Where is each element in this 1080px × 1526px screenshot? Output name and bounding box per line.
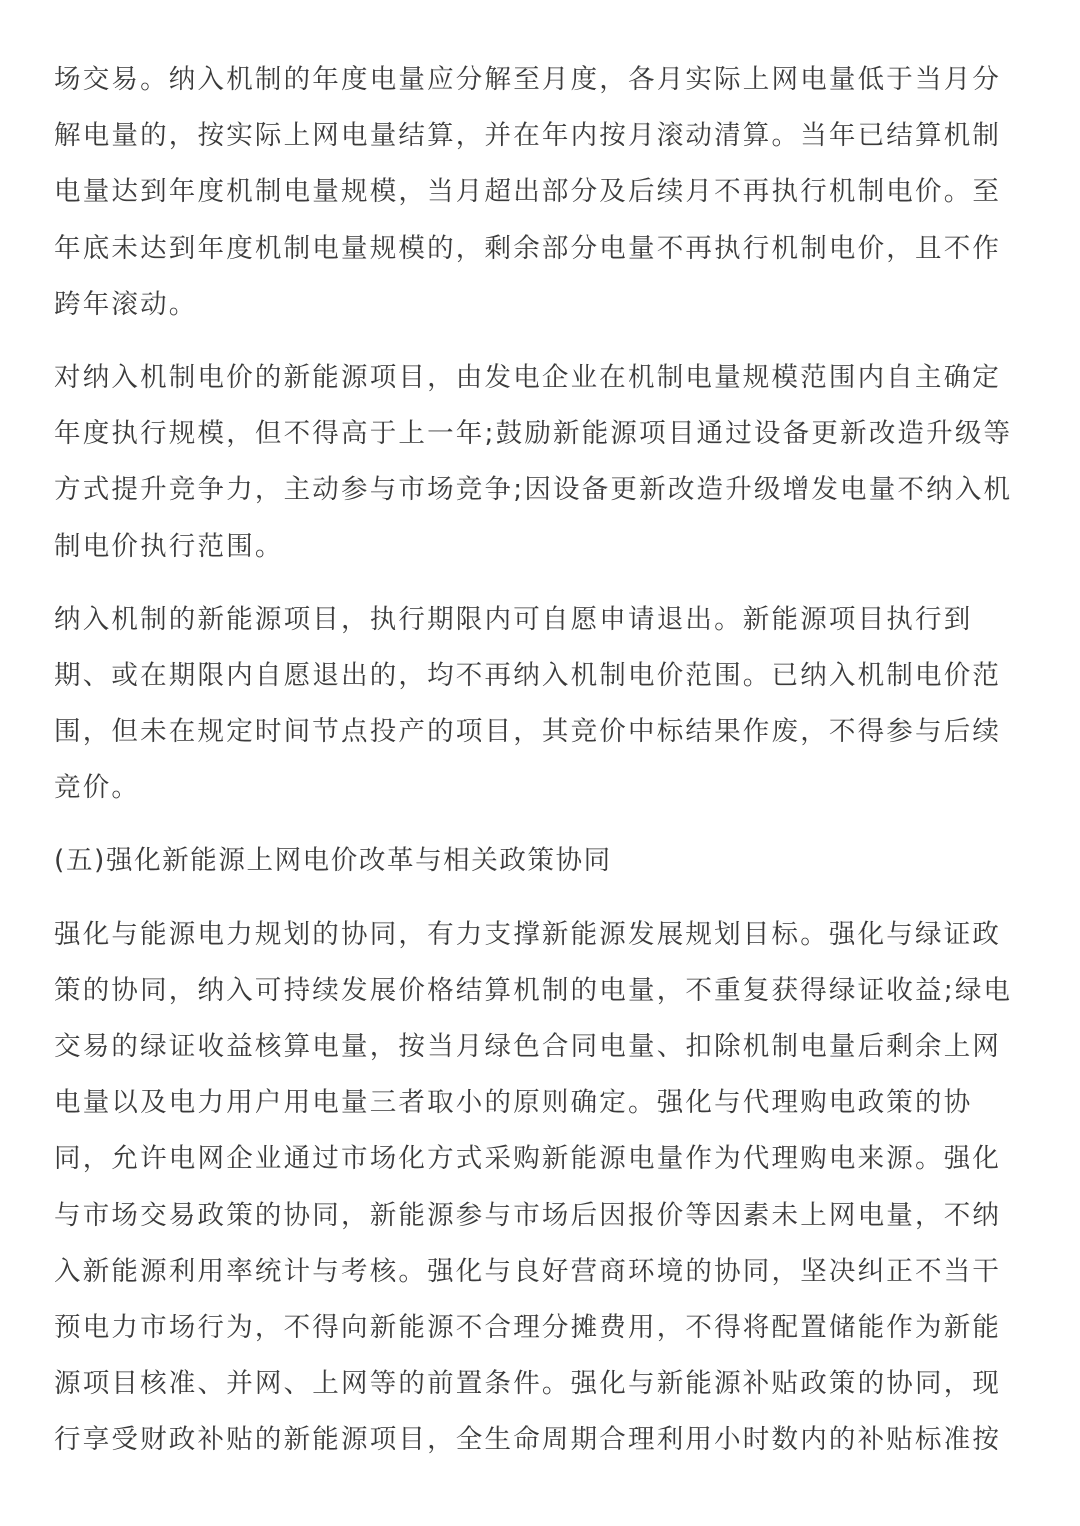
text-line: 预电力市场行为，不得向新能源不合理分摊费用，不得将配置储能作为新能 bbox=[54, 1310, 1044, 1366]
text-line: 与市场交易政策的协同，新能源参与市场后因报价等因素未上网电量，不纳 bbox=[54, 1198, 1044, 1254]
text-line: 交易的绿证收益核算电量，按当月绿色合同电量、扣除机制电量后剩余上网 bbox=[54, 1029, 1044, 1085]
text-line: 跨年滚动。 bbox=[54, 287, 1044, 343]
text-line: 方式提升竞争力，主动参与市场竞争;因设备更新改造升级增发电量不纳入机 bbox=[54, 472, 1044, 528]
paragraph-policy-coordination: 强化与能源电力规划的协同，有力支撑新能源发展规划目标。强化与绿证政 策的协同，纳… bbox=[54, 917, 1044, 1479]
text-line: 制电价执行范围。 bbox=[54, 529, 1044, 585]
text-line: 纳入机制的新能源项目，执行期限内可自愿申请退出。新能源项目执行到 bbox=[54, 602, 1044, 658]
text-line: 电量以及电力用户用电量三者取小的原则确定。强化与代理购电政策的协 bbox=[54, 1085, 1044, 1141]
text-line: 年度执行规模，但不得高于上一年;鼓励新能源项目通过设备更新改造升级等 bbox=[54, 416, 1044, 472]
text-line: 对纳入机制电价的新能源项目，由发电企业在机制电量规模范围内自主确定 bbox=[54, 360, 1044, 416]
text-line: 同，允许电网企业通过市场化方式采购新能源电量作为代理购电来源。强化 bbox=[54, 1141, 1044, 1197]
text-line: 电量达到年度机制电量规模，当月超出部分及后续月不再执行机制电价。至 bbox=[54, 174, 1044, 230]
text-line: 年底未达到年度机制电量规模的，剩余部分电量不再执行机制电价，且不作 bbox=[54, 231, 1044, 287]
paragraph-exit: 纳入机制的新能源项目，执行期限内可自愿申请退出。新能源项目执行到 期、或在期限内… bbox=[54, 602, 1044, 827]
text-line: 解电量的，按实际上网电量结算，并在年内按月滚动清算。当年已结算机制 bbox=[54, 118, 1044, 174]
text-line: 围，但未在规定时间节点投产的项目，其竞价中标结果作废，不得参与后续 bbox=[54, 714, 1044, 770]
text-line: 源项目核准、并网、上网等的前置条件。强化与新能源补贴政策的协同，现 bbox=[54, 1366, 1044, 1422]
paragraph-settlement: 场交易。纳入机制的年度电量应分解至月度，各月实际上网电量低于当月分 解电量的，按… bbox=[54, 62, 1044, 343]
text-line: 强化与能源电力规划的协同，有力支撑新能源发展规划目标。强化与绿证政 bbox=[54, 917, 1044, 973]
section-heading-text: (五)强化新能源上网电价改革与相关政策协同 bbox=[54, 843, 1044, 899]
paragraph-execution-scale: 对纳入机制电价的新能源项目，由发电企业在机制电量规模范围内自主确定 年度执行规模… bbox=[54, 360, 1044, 585]
text-line: 场交易。纳入机制的年度电量应分解至月度，各月实际上网电量低于当月分 bbox=[54, 62, 1044, 118]
document-body: 场交易。纳入机制的年度电量应分解至月度，各月实际上网电量低于当月分 解电量的，按… bbox=[54, 62, 1044, 1496]
text-line: 入新能源利用率统计与考核。强化与良好营商环境的协同，坚决纠正不当干 bbox=[54, 1254, 1044, 1310]
section-heading: (五)强化新能源上网电价改革与相关政策协同 bbox=[54, 843, 1044, 899]
text-line: 策的协同，纳入可持续发展价格结算机制的电量，不重复获得绿证收益;绿电 bbox=[54, 973, 1044, 1029]
text-line: 行享受财政补贴的新能源项目，全生命周期合理利用小时数内的补贴标准按 bbox=[54, 1422, 1044, 1478]
text-line: 竞价。 bbox=[54, 770, 1044, 826]
text-line: 期、或在期限内自愿退出的，均不再纳入机制电价范围。已纳入机制电价范 bbox=[54, 658, 1044, 714]
